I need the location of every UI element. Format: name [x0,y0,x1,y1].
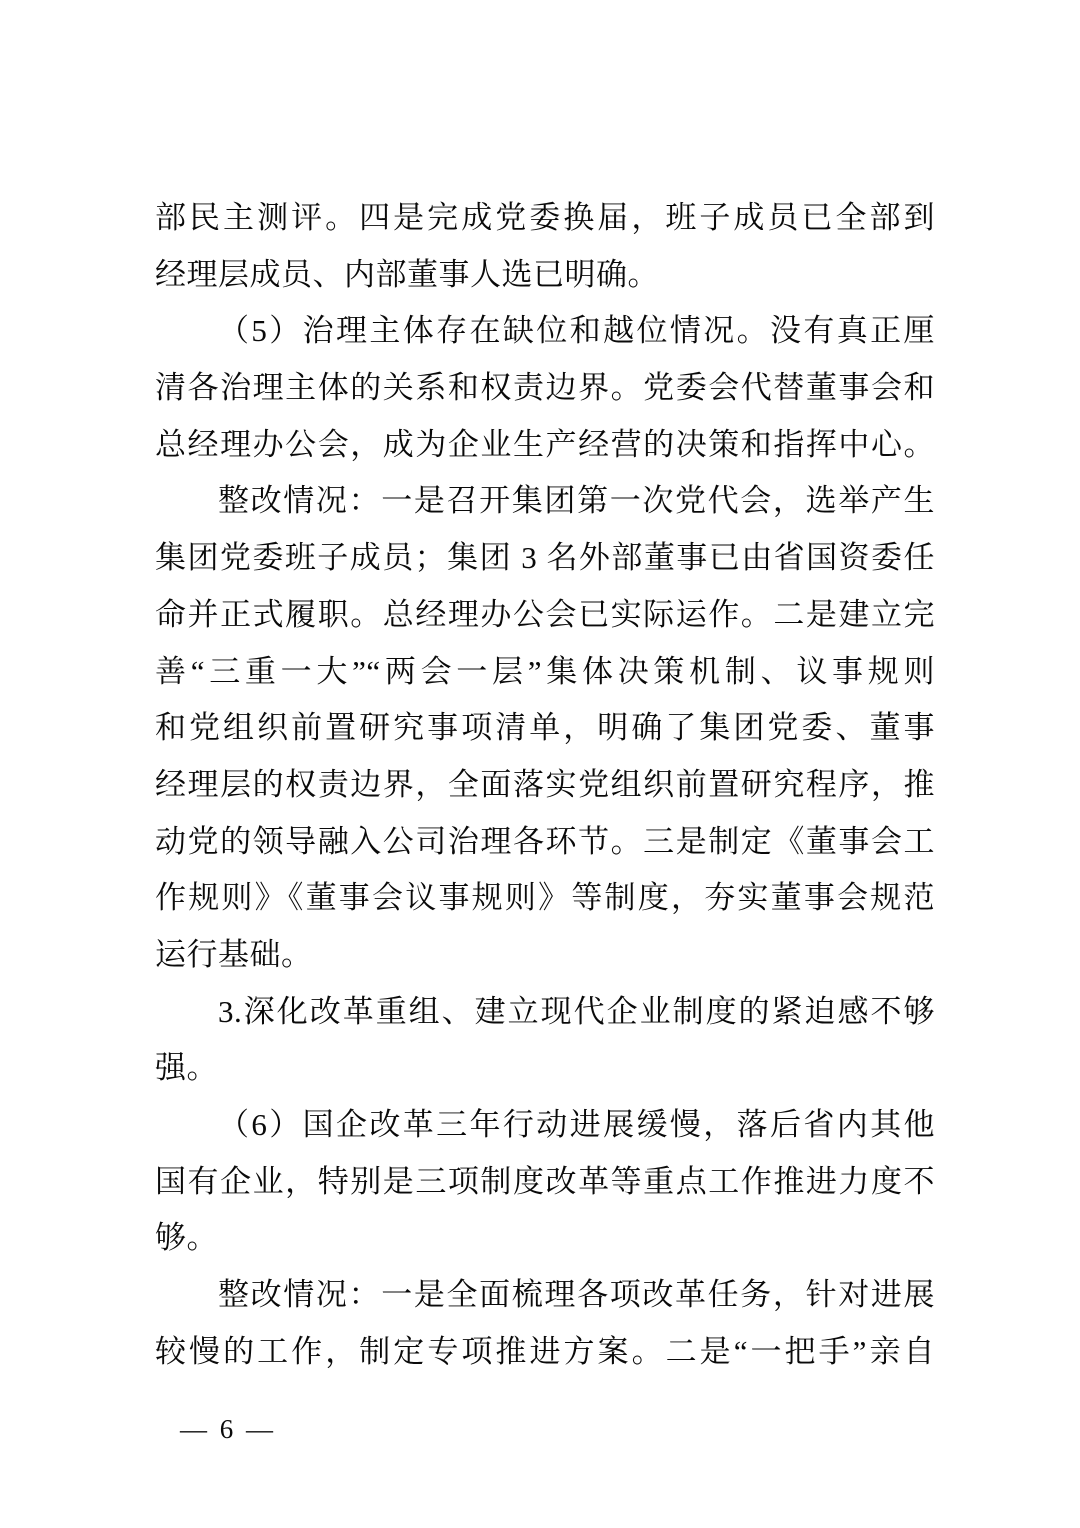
text-line: 3.深化改革重组、建立现代企业制度的紧迫感不够 [155,984,935,1041]
page-number: — 6 — [180,1413,276,1445]
text-line: 整改情况：一是全面梳理各项改革任务，针对进展 [155,1267,935,1324]
text-line: 总经理办公会，成为企业生产经营的决策和指挥中心。 [155,417,935,474]
text-line: 和党组织前置研究事项清单，明确了集团党委、董事会、 [155,700,935,757]
text-line: 善“三重一大”“两会一层”集体决策机制、议事规则 [155,644,935,701]
text-line: 经理层的权责边界，全面落实党组织前置研究程序，推 [155,757,935,814]
text-line: （5）治理主体存在缺位和越位情况。没有真正厘 [155,303,935,360]
text-line: 经理层成员、内部董事人选已明确。 [155,247,935,304]
document-body: 部民主测评。四是完成党委换届，班子成员已全部到位， 经理层成员、内部董事人选已明… [155,190,935,1380]
document-page: 部民主测评。四是完成党委换届，班子成员已全部到位， 经理层成员、内部董事人选已明… [0,0,1080,1528]
text-line: 部民主测评。四是完成党委换届，班子成员已全部到位， [155,190,935,247]
text-line: （6）国企改革三年行动进展缓慢，落后省内其他 [155,1097,935,1154]
text-line: 国有企业，特别是三项制度改革等重点工作推进力度不 [155,1154,935,1211]
text-line: 命并正式履职。总经理办公会已实际运作。二是建立完 [155,587,935,644]
text-line: 够。 [155,1210,935,1267]
text-line: 整改情况：一是召开集团第一次党代会，选举产生 [155,473,935,530]
text-line: 清各治理主体的关系和权责边界。党委会代替董事会和 [155,360,935,417]
text-line: 集团党委班子成员；集团 3 名外部董事已由省国资委任 [155,530,935,587]
text-line: 运行基础。 [155,927,935,984]
text-line: 较慢的工作，制定专项推进方案。二是“一把手”亲自 [155,1324,935,1381]
text-line: 动党的领导融入公司治理各环节。三是制定《董事会工 [155,814,935,871]
text-line: 作规则》《董事会议事规则》等制度，夯实董事会规范 [155,870,935,927]
text-line: 强。 [155,1040,935,1097]
